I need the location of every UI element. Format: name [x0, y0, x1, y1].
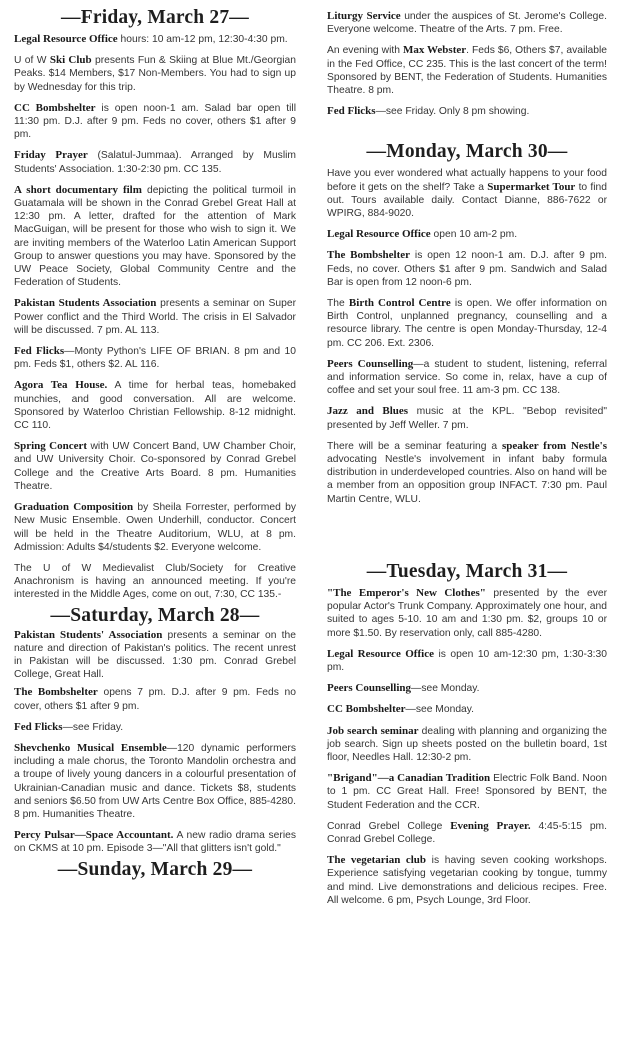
- event-entry: Fed Flicks—see Friday. Only 8 pm showing…: [327, 105, 607, 118]
- event-entry: Have you ever wondered what actually hap…: [327, 167, 607, 220]
- event-entry: Agora Tea House. A time for herbal teas,…: [14, 379, 296, 432]
- event-entry: Pakistan Students Association presents a…: [14, 297, 296, 337]
- event-entry: Legal Resource Office is open 10 am-12:3…: [327, 648, 607, 674]
- day-heading-saturday: —Saturday, March 28—: [14, 604, 296, 628]
- event-entry: Shevchenko Musical Ensemble—120 dynamic …: [14, 742, 296, 821]
- column-top-spacer: [327, 0, 607, 10]
- event-entry: Graduation Composition by Sheila Forrest…: [14, 501, 296, 554]
- event-entry: Job search seminar dealing with planning…: [327, 725, 607, 765]
- event-entry: "The Emperor's New Clothes" presented by…: [327, 587, 607, 640]
- event-entry: Liturgy Service under the auspices of St…: [327, 10, 607, 36]
- day-heading-monday: —Monday, March 30—: [327, 140, 607, 164]
- event-entry: The Birth Control Centre is open. We off…: [327, 297, 607, 350]
- event-entry: Percy Pulsar—Space Accountant. A new rad…: [14, 829, 296, 855]
- event-entry: The Bombshelter is open 12 noon-1 am. D.…: [327, 249, 607, 289]
- event-entry: Peers Counselling—a student to student, …: [327, 358, 607, 398]
- day-heading-sunday: —Sunday, March 29—: [14, 858, 296, 882]
- event-entry: Conrad Grebel College Evening Prayer. 4:…: [327, 820, 607, 846]
- day-heading-tuesday: —Tuesday, March 31—: [327, 560, 607, 584]
- event-entry: Fed Flicks—Monty Python's LIFE OF BRIAN.…: [14, 345, 296, 371]
- event-entry: CC Bombshelter—see Monday.: [327, 703, 607, 716]
- event-entry: The Bombshelter opens 7 pm. D.J. after 9…: [14, 686, 296, 712]
- event-entry: There will be a seminar featuring a spea…: [327, 440, 607, 506]
- right-column: Liturgy Service under the auspices of St…: [327, 0, 607, 915]
- event-entry: Friday Prayer (Salatul-Jummaa). Arranged…: [14, 149, 296, 175]
- event-entry: The vegetarian club is having seven cook…: [327, 854, 607, 907]
- newspaper-events-page: —Friday, March 27— Legal Resource Office…: [0, 0, 617, 1060]
- event-entry: A short documentary film depicting the p…: [14, 184, 296, 290]
- event-entry: Jazz and Blues music at the KPL. "Bebop …: [327, 405, 607, 431]
- event-entry: The U of W Medievalist Club/Society for …: [14, 562, 296, 602]
- event-entry: Fed Flicks—see Friday.: [14, 721, 296, 734]
- event-entry: Peers Counselling—see Monday.: [327, 682, 607, 695]
- event-entry: CC Bombshelter is open noon-1 am. Salad …: [14, 102, 296, 142]
- event-entry: Legal Resource Office hours: 10 am-12 pm…: [14, 33, 296, 46]
- event-entry: Pakistan Students' Association presents …: [14, 629, 296, 682]
- event-entry: Legal Resource Office open 10 am-2 pm.: [327, 228, 607, 241]
- left-column: —Friday, March 27— Legal Resource Office…: [14, 0, 296, 882]
- event-entry: An evening with Max Webster. Feds $6, Ot…: [327, 44, 607, 97]
- day-heading-friday: —Friday, March 27—: [14, 6, 296, 30]
- event-entry: U of W Ski Club presents Fun & Skiing at…: [14, 54, 296, 94]
- event-entry: "Brigand"—a Canadian Tradition Electric …: [327, 772, 607, 812]
- event-entry: Spring Concert with UW Concert Band, UW …: [14, 440, 296, 493]
